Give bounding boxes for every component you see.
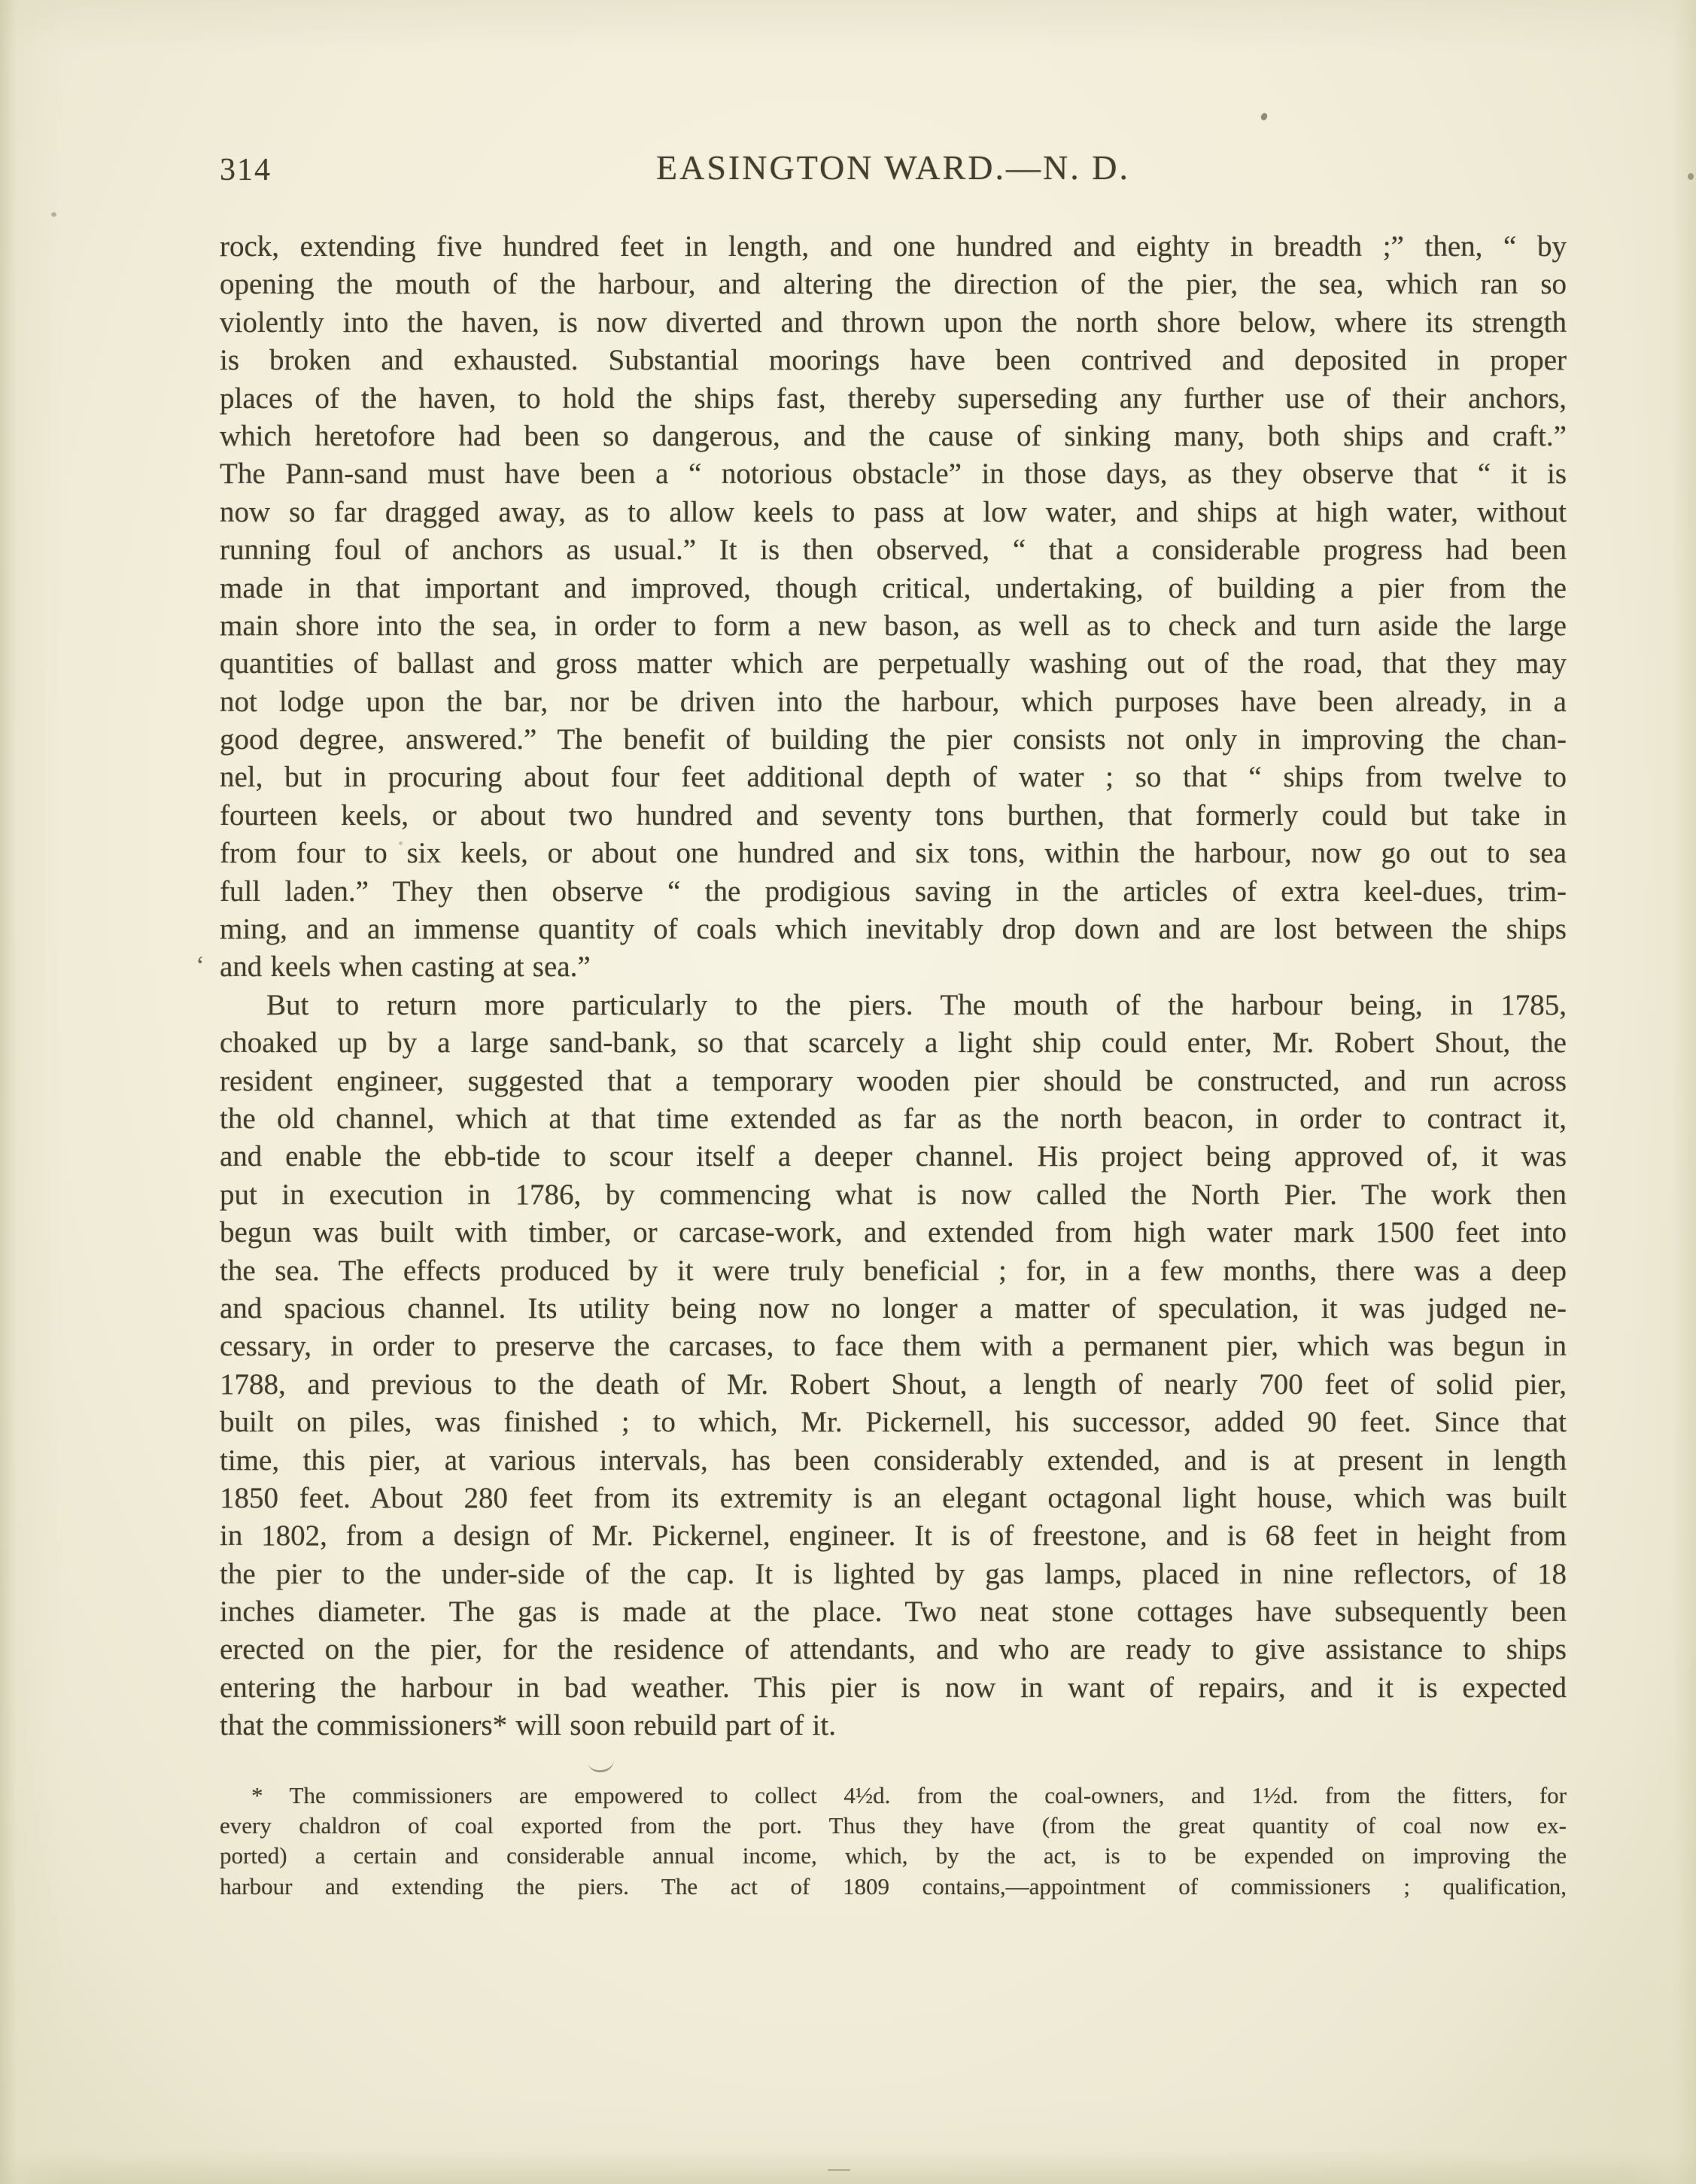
scanned-book-page: 314 EASINGTON WARD.—N. D. rock, extendin…: [0, 0, 1696, 2184]
body-text-line: resident engineer, suggested that a temp…: [220, 1063, 1567, 1100]
body-text-line: entering the harbour in bad weather. Thi…: [220, 1669, 1567, 1707]
body-text-line: opening the mouth of the harbour, and al…: [220, 266, 1567, 303]
body-text-line: the sea. The effects produced by it were…: [220, 1252, 1567, 1290]
body-text-line: 1788, and previous to the death of Mr. R…: [220, 1366, 1567, 1404]
body-text-line: built on piles, was finished ; to which,…: [220, 1404, 1567, 1441]
body-text-line: running foul of anchors as usual.” It is…: [220, 531, 1567, 569]
body-text: rock, extending five hundred feet in len…: [220, 228, 1567, 1745]
body-text-line: put in execution in 1786, by commencing …: [220, 1176, 1567, 1214]
pen-squiggle-mark: [588, 1758, 615, 1773]
body-text-line: the pier to the under-side of the cap. I…: [220, 1556, 1567, 1593]
body-text-line: erected on the pier, for the residence o…: [220, 1631, 1567, 1668]
body-text-line: and spacious channel. Its utility being …: [220, 1290, 1567, 1328]
body-text-line: fourteen keels, or about two hundred and…: [220, 797, 1567, 835]
body-text-line: good degree, answered.” The benefit of b…: [220, 721, 1567, 759]
body-text-line: is broken and exhausted. Substantial moo…: [220, 342, 1567, 379]
body-text-line: time, this pier, at various intervals, h…: [220, 1442, 1567, 1480]
body-text-line: 1850 feet. About 280 feet from its extre…: [220, 1480, 1567, 1517]
body-text-line: quantities of ballast and gross matter w…: [220, 645, 1567, 683]
footnote-text-line: harbour and extending the piers. The act…: [220, 1872, 1567, 1902]
body-text-line: and enable the ebb-tide to scour itself …: [220, 1138, 1567, 1176]
body-text-line: nel, but in procuring about four feet ad…: [220, 759, 1567, 796]
footnote-text-line: * The commissioners are empowered to col…: [220, 1781, 1567, 1811]
footnote-text: * The commissioners are empowered to col…: [220, 1781, 1567, 1902]
body-text-line: full laden.” They then observe “ the pro…: [220, 873, 1567, 911]
body-text-line: places of the haven, to hold the ships f…: [220, 380, 1567, 418]
body-text-line: main shore into the sea, in order to for…: [220, 607, 1567, 645]
margin-mark: ‘: [196, 950, 205, 981]
body-text-line: and keels when casting at sea.”: [220, 948, 1567, 986]
page-header: 314 EASINGTON WARD.—N. D.: [220, 148, 1567, 193]
body-text-line: inches diameter. The gas is made at the …: [220, 1593, 1567, 1631]
footnote-text-line: ported) a certain and considerable annua…: [220, 1841, 1567, 1871]
footnote-text-line: every chaldron of coal exported from the…: [220, 1811, 1567, 1841]
ink-speck: [1260, 112, 1268, 121]
ink-speck: [51, 212, 56, 217]
body-text-line: now so far dragged away, as to allow kee…: [220, 494, 1567, 531]
body-text-line: ming, and an immense quantity of coals w…: [220, 911, 1567, 948]
body-text-line: choaked up by a large sand-bank, so that…: [220, 1024, 1567, 1062]
body-text-line: begun was built with timber, or carcase-…: [220, 1214, 1567, 1252]
body-text-line: from four to six keels, or about one hun…: [220, 835, 1567, 872]
body-text-line: rock, extending five hundred feet in len…: [220, 228, 1567, 266]
body-text-line: violently into the haven, is now diverte…: [220, 304, 1567, 342]
ink-speck: [1688, 173, 1694, 180]
body-text-line: cessary, in order to preserve the carcas…: [220, 1328, 1567, 1365]
body-text-line: But to return more particularly to the p…: [220, 987, 1567, 1024]
body-text-line: made in that important and improved, tho…: [220, 570, 1567, 607]
body-text-line: The Pann-sand must have been a “ notorio…: [220, 455, 1567, 493]
body-text-line: not lodge upon the bar, nor be driven in…: [220, 683, 1567, 721]
ink-speck: [399, 841, 403, 845]
body-text-line: the old channel, which at that time exte…: [220, 1100, 1567, 1138]
body-text-line: which heretofore had been so dangerous, …: [220, 418, 1567, 455]
bleed-through-mark: [828, 2169, 850, 2171]
body-text-line: that the commissioners* will soon rebuil…: [220, 1707, 1567, 1744]
running-head: EASINGTON WARD.—N. D.: [220, 148, 1567, 187]
body-text-line: in 1802, from a design of Mr. Pickernel,…: [220, 1517, 1567, 1555]
